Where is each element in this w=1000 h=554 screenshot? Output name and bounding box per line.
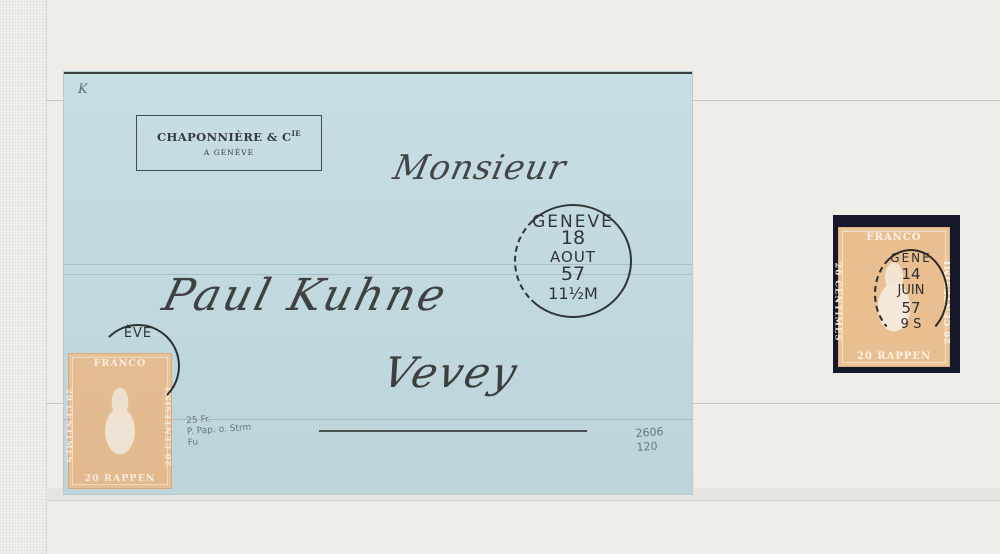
loose-stamp: FRANCO 20 RAPPEN 20 CENTIMES 20 CENTESIM… [838,227,950,367]
address-addressee: Paul Kuhne [158,270,454,321]
company-imprint: CHAPONNIÈRE & CIE A GENÈVE [136,115,322,171]
postmark-geneve: GENEVE 18 AOUT 57 11½M [514,204,632,318]
address-underline [319,430,587,432]
pencil-note-right: 2606 120 [635,425,665,455]
letter-cover: K CHAPONNIÈRE & CIE A GENÈVE Monsieur Pa… [64,72,692,494]
album-strip-divider [46,500,1000,501]
loose-stamp-postmark: GENE 14 JUIN 57 9 S [874,249,948,339]
album-spine [0,0,47,554]
album-page: K CHAPONNIÈRE & CIE A GENÈVE Monsieur Pa… [0,0,1000,554]
company-name: CHAPONNIÈRE & CIE [137,129,321,144]
company-city: A GENÈVE [137,148,321,157]
stamp-postmark: ÈVE [96,324,180,408]
address-city: Vevey [378,348,524,397]
address-salutation: Monsieur [390,148,570,188]
pencil-note-left: 25 Fr. P. Pap. o. Strm Fu [186,412,252,449]
stamp-mount: FRANCO 20 RAPPEN 20 CENTIMES 20 CENTESIM… [833,215,960,373]
corner-mark: K [78,82,88,97]
